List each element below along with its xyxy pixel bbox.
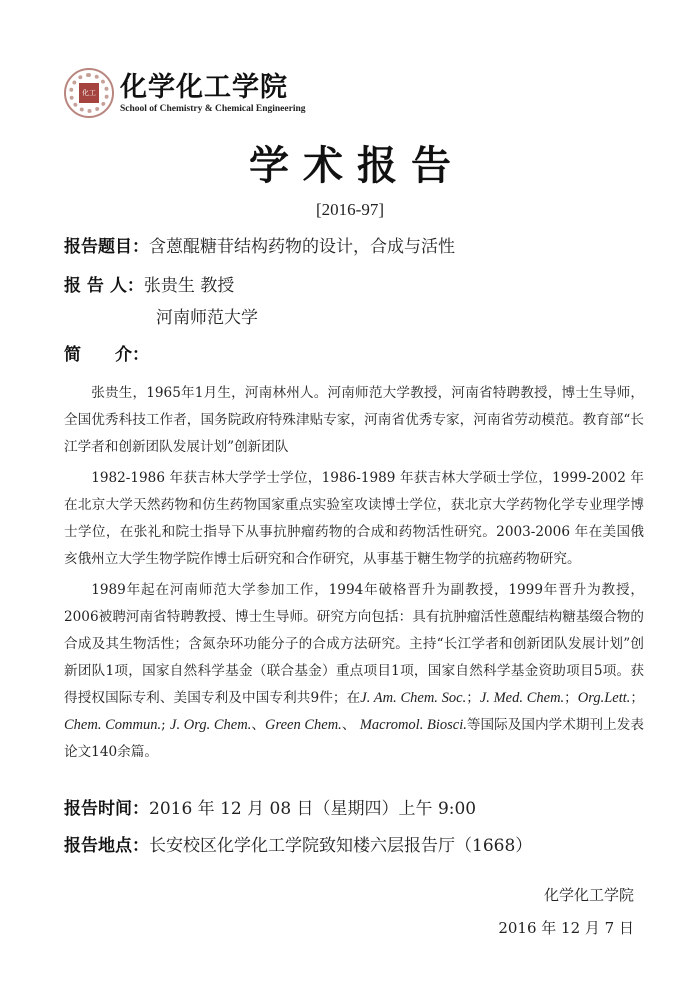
- location-value: 长安校区化学化工学院致知楼六层报告厅（1668）: [149, 836, 532, 856]
- topic-label: 报告题目：: [64, 237, 149, 257]
- journal: J. Am. Chem. Soc.: [360, 690, 466, 706]
- logo-text: 化学化工学院 School of Chemistry & Chemical En…: [120, 73, 306, 114]
- journal: Org.Lett.: [578, 690, 631, 706]
- topic-value: 含蒽醌糖苷结构药物的设计，合成与活性: [149, 237, 455, 257]
- school-emblem-icon: 化工: [64, 68, 114, 118]
- school-name-en: School of Chemistry & Chemical Engineeri…: [120, 104, 306, 114]
- document-number: [2016-97]: [0, 200, 700, 220]
- time-field: 报告时间：2016 年 12 月 08 日（星期四）上午 9:00: [64, 794, 476, 819]
- speaker-affiliation-field: 河南师范大学: [156, 303, 258, 328]
- separator: 、: [342, 717, 360, 733]
- journal: J. Org. Chem.: [170, 717, 251, 733]
- journal: J. Med. Chem.: [480, 690, 564, 706]
- emblem-seal: 化工: [79, 83, 99, 103]
- page-title: 学术报告: [0, 134, 700, 191]
- separator: ;: [161, 717, 170, 733]
- journal: Chem. Commun.: [64, 717, 161, 733]
- bio-p3-text: 1989年起在河南师范大学参加工作，1994年破格晋升为副教授，1999年晋升为…: [64, 582, 644, 706]
- separator: ；: [630, 690, 644, 706]
- location-label: 报告地点：: [64, 836, 149, 856]
- separator: ；: [564, 690, 578, 706]
- separator: 、: [251, 717, 265, 733]
- time-label: 报告时间：: [64, 799, 149, 819]
- time-value: 2016 年 12 月 08 日（星期四）上午 9:00: [149, 799, 476, 819]
- location-field: 报告地点：长安校区化学化工学院致知楼六层报告厅（1668）: [64, 831, 532, 856]
- signature-date: 2016 年 12 月 7 日: [498, 917, 634, 938]
- speaker-field: 报 告 人：张贵生 教授: [64, 271, 234, 296]
- separator: ；: [466, 690, 480, 706]
- bio-paragraph-3: 1989年起在河南师范大学参加工作，1994年破格晋升为副教授，1999年晋升为…: [64, 577, 644, 766]
- school-name-cn: 化学化工学院: [120, 73, 306, 103]
- speaker-label: 报 告 人：: [64, 276, 144, 296]
- speaker-name: 张贵生 教授: [144, 276, 234, 296]
- journal: Macromol. Biosci.: [360, 717, 467, 733]
- journal: Green Chem.: [265, 717, 342, 733]
- bio-paragraph-2: 1982-1986 年获吉林大学学士学位，1986-1989 年获吉林大学硕士学…: [64, 465, 644, 573]
- intro-label: 简 介：: [64, 345, 149, 365]
- school-logo: 化工 化学化工学院 School of Chemistry & Chemical…: [64, 68, 306, 118]
- topic-field: 报告题目：含蒽醌糖苷结构药物的设计，合成与活性: [64, 232, 455, 257]
- speaker-bio: 张贵生，1965年1月生，河南林州人。河南师范大学教授，河南省特聘教授，博士生导…: [64, 380, 644, 770]
- intro-field: 简 介：: [64, 340, 149, 365]
- signature-org: 化学化工学院: [544, 884, 634, 905]
- bio-paragraph-1: 张贵生，1965年1月生，河南林州人。河南师范大学教授，河南省特聘教授，博士生导…: [64, 380, 644, 461]
- speaker-affiliation: 河南师范大学: [156, 308, 258, 328]
